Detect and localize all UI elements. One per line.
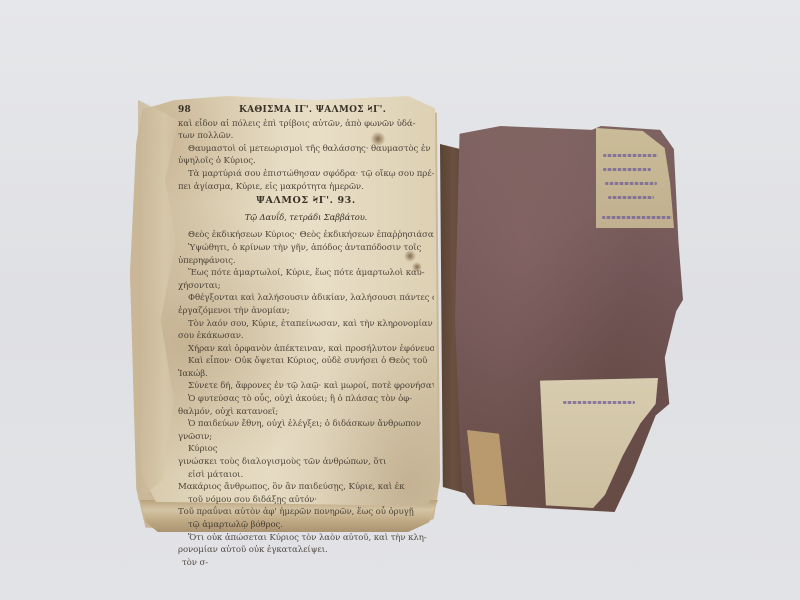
text-line: τοῦ νόμου σου διδάξῃς αὐτόν· xyxy=(178,494,434,507)
text-line: Θαυμαστοὶ οἱ μετεωρισμοὶ τῆς θαλάσσης· θ… xyxy=(178,143,434,156)
handwriting xyxy=(608,196,654,199)
text-line: Ἰακώβ. xyxy=(178,368,434,381)
text-line: Φθέγξονται καὶ λαλήσουσιν ἀδικίαν, λαλήσ… xyxy=(178,292,434,305)
text-line: Χήραν καὶ ὀρφανὸν ἀπέκτειναν, καὶ προσήλ… xyxy=(178,343,434,356)
text-line: Ὁ φυτεύσας τὸ οὖς, οὐχὶ ἀκούει; ἢ ὁ πλάσ… xyxy=(178,393,434,406)
header-title: ΚΑΘΙΣΜΑ ΙΓ'. ΨΑΛΜΟΣ ϞΓ'. xyxy=(239,104,386,117)
text-line: χήσονται; xyxy=(178,280,434,293)
text-line: θαλμόν, οὐχὶ κατανοεῖ; xyxy=(178,406,434,419)
page-number: 98 xyxy=(178,104,191,117)
psalm-subtitle: Τῷ Δαυΐδ, τετράδι Σαββάτου. xyxy=(178,211,434,224)
text-line: Τὸν λαόν σου, Κύριε, ἐταπείνωσαν, καὶ τὴ… xyxy=(178,318,434,331)
text-line: Ὑψώθητι, ὁ κρίνων τὴν γῆν, ἀπόδος ἀνταπό… xyxy=(178,242,434,255)
text-line: Θεὸς ἐκδικήσεων Κύριος· Θεὸς ἐκδικήσεων … xyxy=(178,229,434,242)
text-line: ρονομίαν αὐτοῦ οὐκ ἐγκαταλείψει. xyxy=(178,544,434,557)
text-line: ὑψηλοῖς ὁ Κύριος. xyxy=(178,155,434,168)
text-line: ὑπερηφάνοις. xyxy=(178,255,434,268)
text-line: Κύριος xyxy=(178,443,434,456)
text-line: γνῶσιν; xyxy=(178,431,434,444)
handwriting xyxy=(563,401,635,404)
text-line: σου ἐκάκωσαν. xyxy=(178,330,434,343)
running-header: 98 ΚΑΘΙΣΜΑ ΙΓ'. ΨΑΛΜΟΣ ϞΓ'. xyxy=(178,104,434,117)
text-line: Τοῦ πραΰναι αὐτὸν ἀφ' ἡμερῶν πονηρῶν, ἕω… xyxy=(178,506,434,519)
text-line: γινώσκει τοὺς διαλογισμοὺς τῶν ἀνθρώπων,… xyxy=(178,456,434,469)
psalm-title: ΨΑΛΜΟΣ ϞΓ'. 93. xyxy=(178,195,434,208)
text-line: Ἕως πότε ἁμαρτωλοί, Κύριε, ἕως πότε ἁμαρ… xyxy=(178,267,434,280)
text-line: καὶ εἶδον αἱ πόλεις ἐπὶ τρίβοις αὐτῶν, ἀ… xyxy=(178,118,434,131)
text-line: Καὶ εἶπον· Οὐκ ὄψεται Κύριος, οὐδὲ συνήσ… xyxy=(178,355,434,368)
text-line: Ὅτι οὐκ ἀπώσεται Κύριος τὸν λαὸν αὐτοῦ, … xyxy=(178,532,434,545)
handwriting xyxy=(605,182,657,185)
handwriting xyxy=(603,154,658,157)
photo-scene: 98 ΚΑΘΙΣΜΑ ΙΓ'. ΨΑΛΜΟΣ ϞΓ'. καὶ εἶδον αἱ… xyxy=(0,0,800,600)
handwriting xyxy=(602,216,672,219)
text-line: εἰσὶ μάταιοι. xyxy=(178,469,434,482)
text-line: πει ἁγίασμα, Κύριε, εἰς μακρότητα ἡμερῶν… xyxy=(178,181,434,194)
handwriting xyxy=(603,168,651,171)
page-text: 98 ΚΑΘΙΣΜΑ ΙΓ'. ΨΑΛΜΟΣ ϞΓ'. καὶ εἶδον αἱ… xyxy=(178,104,434,569)
text-line: Μακάριος ἄνθρωπος, ὃν ἂν παιδεύσῃς, Κύρι… xyxy=(178,481,434,494)
text-line: τῷ ἁμαρτωλῷ βόθρος. xyxy=(178,519,434,532)
catchword: τὸν σ- xyxy=(178,557,434,570)
text-line: ἐργαζόμενοι τὴν ἀνομίαν; xyxy=(178,305,434,318)
text-line: Ὁ παιδεύων ἔθνη, οὐχὶ ἐλέγξει; ὁ διδάσκω… xyxy=(178,418,434,431)
text-line: των πολλῶν. xyxy=(178,130,434,143)
text-line: Τὰ μαρτύριά σου ἐπιστώθησαν σφόδρα· τῷ ο… xyxy=(178,168,434,181)
text-line: Σύνετε δή, ἄφρονες ἐν τῷ λαῷ· καὶ μωροί,… xyxy=(178,380,434,393)
